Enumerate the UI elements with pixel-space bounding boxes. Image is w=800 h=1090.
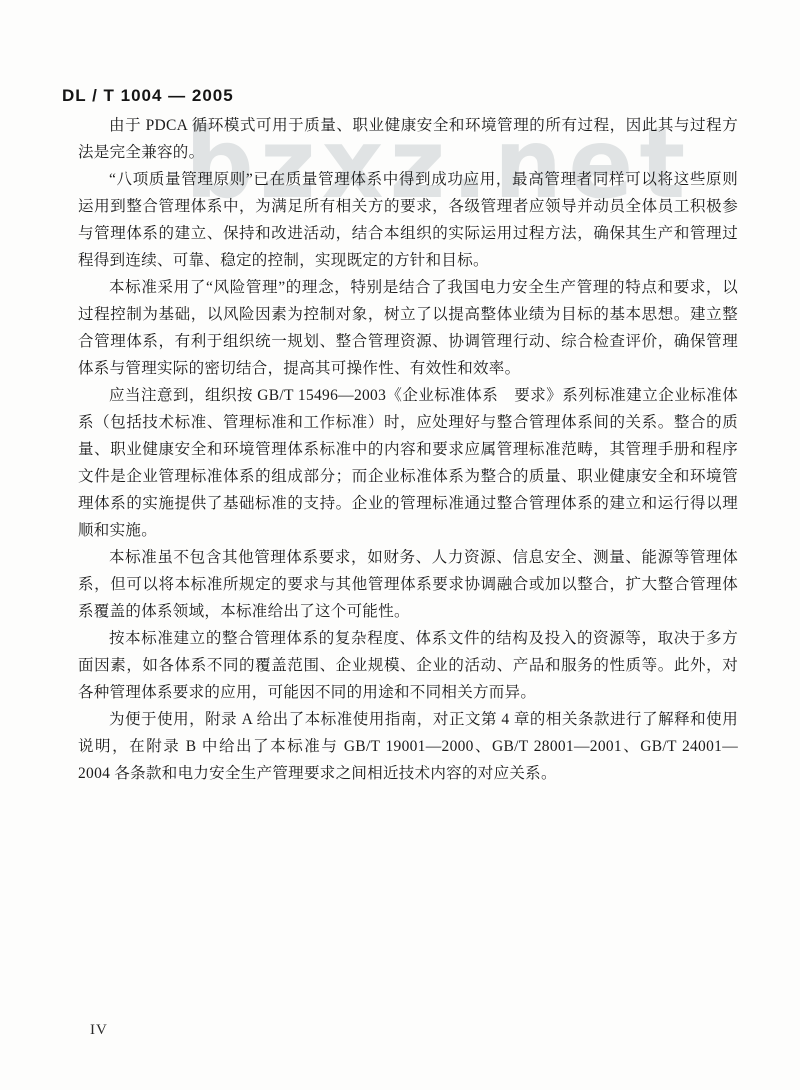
paragraph: 由于 PDCA 循环模式可用于质量、职业健康安全和环境管理的所有过程，因此其与过… bbox=[78, 112, 738, 166]
foreword-body: 由于 PDCA 循环模式可用于质量、职业健康安全和环境管理的所有过程，因此其与过… bbox=[78, 112, 738, 787]
paragraph: 应当注意到，组织按 GB/T 15496—2003《企业标准体系 要求》系列标准… bbox=[78, 382, 738, 544]
paragraph: 本标准采用了“风险管理”的理念，特别是结合了我国电力安全生产管理的特点和要求，以… bbox=[78, 274, 738, 382]
page-number: IV bbox=[90, 1022, 108, 1039]
paragraph: 为便于使用，附录 A 给出了本标准使用指南，对正文第 4 章的相关条款进行了解释… bbox=[78, 706, 738, 787]
paragraph: 按本标准建立的整合管理体系的复杂程度、体系文件的结构及投入的资源等，取决于多方面… bbox=[78, 625, 738, 706]
standard-number: DL / T 1004 — 2005 bbox=[62, 86, 234, 106]
document-page: DL / T 1004 — 2005 bzxz.net 由于 PDCA 循环模式… bbox=[0, 0, 800, 1090]
paragraph: “八项质量管理原则”已在质量管理体系中得到成功应用，最高管理者同样可以将这些原则… bbox=[78, 166, 738, 274]
paragraph: 本标准虽不包含其他管理体系要求，如财务、人力资源、信息安全、测量、能源等管理体系… bbox=[78, 544, 738, 625]
